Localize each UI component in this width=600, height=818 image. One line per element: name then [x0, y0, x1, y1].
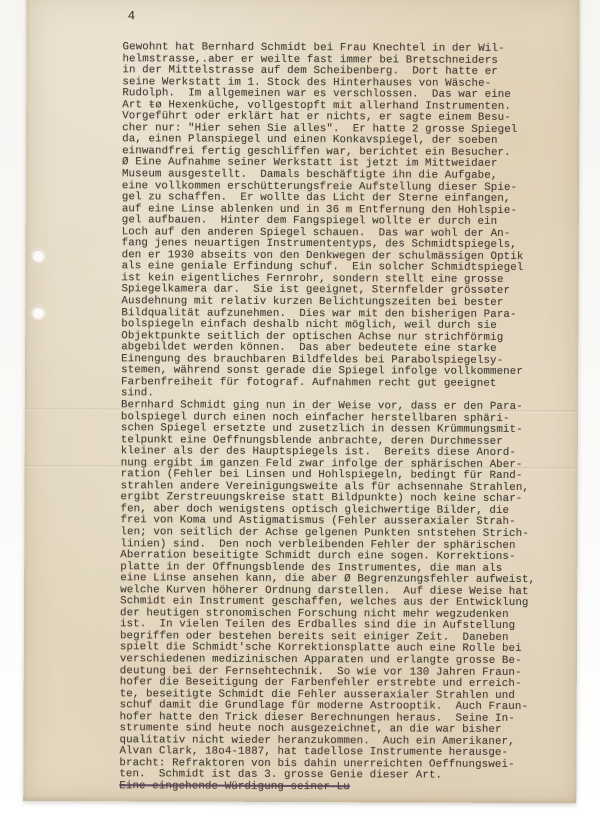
typewritten-text: Gewohnt hat Bernhard Schmidt bei Frau Kn…: [119, 42, 562, 794]
scan-background: { "page": { "number": "4", "lines": [ "G…: [0, 0, 600, 818]
text-line: Farbenfreiheit für fotograf. Aufnahmen r…: [121, 377, 561, 390]
page-number: 4: [128, 9, 136, 23]
punch-hole: [32, 306, 45, 319]
punch-hole: [32, 249, 45, 262]
struck-text-line: Eine eingehende Würdigung seiner Lu: [119, 781, 559, 794]
document-page: 4 Gewohnt hat Bernhard Schmidt bei Frau …: [23, 0, 580, 803]
text-lines: Gewohnt hat Bernhard Schmidt bei Frau Kn…: [119, 42, 562, 783]
